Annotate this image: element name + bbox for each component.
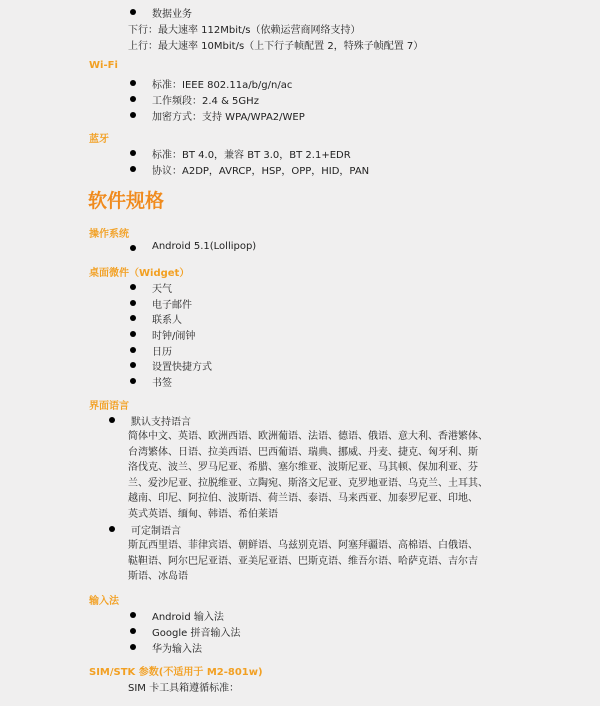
section-heading-widget: 桌面微件（Widget） [89, 264, 189, 279]
list-item-data-service: 数据业务 [152, 5, 192, 20]
sim-text: SIM 卡工具箱遵循标准： [128, 679, 239, 694]
list-item-custom-languages: 可定制语言 [131, 522, 181, 537]
list-item: Android 输入法 [152, 608, 224, 623]
list-item: 天气 [152, 280, 172, 295]
text-line: 斯瓦西里语、菲律宾语、朝鲜语、乌兹别克语、阿塞拜疆语、高棉语、白俄语、 [128, 538, 478, 554]
list-item: 时钟/闹钟 [152, 327, 195, 342]
list-item: 日历 [152, 343, 172, 358]
list-item-default-languages: 默认支持语言 [131, 413, 191, 428]
text-line: 越南、印尼、阿拉伯、波斯语、荷兰语、泰语、马来西亚、加泰罗尼亚、印地、 [128, 491, 488, 507]
list-item: 华为输入法 [152, 640, 202, 655]
list-item: 标准：BT 4.0，兼容 BT 3.0，BT 2.1+EDR [152, 146, 351, 161]
list-item: 书签 [152, 374, 172, 389]
text-line: 斯语、冰岛语 [128, 569, 478, 585]
text-line: 鞑靼语、阿尔巴尼亚语、亚美尼亚语、巴斯克语、维吾尔语、哈萨克语、吉尔吉 [128, 554, 478, 570]
list-item: 设置快捷方式 [152, 358, 212, 373]
section-heading-os: 操作系统 [89, 225, 129, 240]
section-heading-sim: SIM/STK 参数(不适用于 M2-801w) [89, 663, 263, 678]
text-line: 洛伐克、波兰、罗马尼亚、希腊、塞尔维亚、波斯尼亚、马其顿、保加利亚、芬 [128, 460, 488, 476]
list-item: 联系人 [152, 311, 182, 326]
list-item: 工作频段：2.4 & 5GHz [152, 92, 259, 107]
page-section-title: 软件规格 [88, 186, 164, 213]
section-heading-bluetooth: 蓝牙 [89, 130, 109, 145]
text-line: 兰、爱沙尼亚、拉脱维亚、立陶宛、斯洛文尼亚、克罗地亚语、乌克兰、土耳其、 [128, 476, 488, 492]
downlink-text: 下行：最大速率 112Mbit/s（依赖运营商网络支持） [128, 21, 361, 36]
list-item: Android 5.1(Lollipop) [152, 241, 256, 252]
list-item: 电子邮件 [152, 296, 192, 311]
custom-languages-text: 斯瓦西里语、菲律宾语、朝鲜语、乌兹别克语、阿塞拜疆语、高棉语、白俄语、 鞑靼语、… [128, 538, 478, 585]
text-line: 台湾繁体、日语、拉美西语、巴西葡语、瑞典、挪威、丹麦、捷克、匈牙利、斯 [128, 445, 488, 461]
uplink-text: 上行：最大速率 10Mbit/s（上下行子帧配置 2，特殊子帧配置 7） [128, 37, 423, 52]
section-heading-input: 输入法 [89, 592, 119, 607]
list-item: 协议：A2DP，AVRCP，HSP，OPP，HID，PAN [152, 162, 369, 177]
list-item: 加密方式：支持 WPA/WPA2/WEP [152, 108, 305, 123]
section-heading-wifi: Wi-Fi [89, 60, 118, 71]
text-line: 英式英语、缅甸、韩语、希伯莱语 [128, 507, 488, 523]
text-line: 简体中文、英语、欧洲西语、欧洲葡语、法语、德语、俄语、意大利、香港繁体、 [128, 429, 488, 445]
default-languages-text: 简体中文、英语、欧洲西语、欧洲葡语、法语、德语、俄语、意大利、香港繁体、 台湾繁… [128, 429, 488, 522]
list-item: 标准：IEEE 802.11a/b/g/n/ac [152, 76, 292, 91]
section-heading-language: 界面语言 [89, 397, 129, 412]
list-item: Google 拼音输入法 [152, 624, 240, 639]
